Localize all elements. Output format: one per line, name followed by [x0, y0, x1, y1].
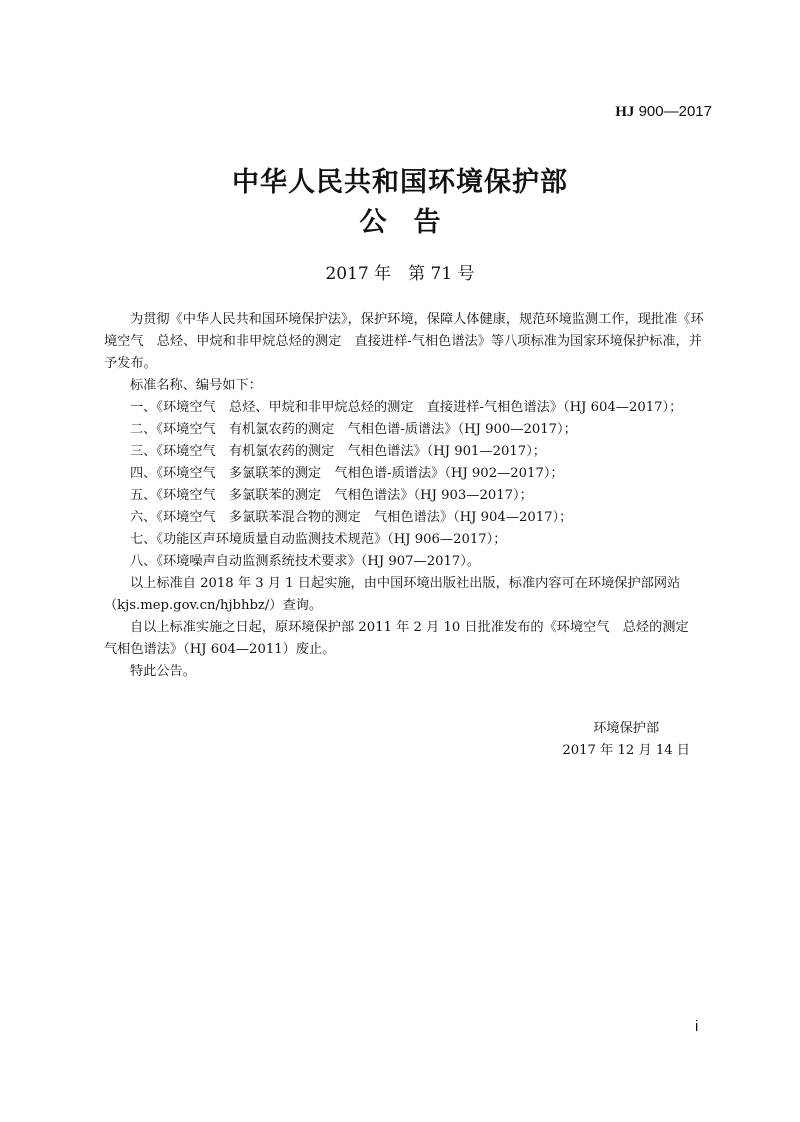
closing-paragraph: 特此公告。 — [104, 661, 704, 683]
signature-block: 环境保护部 2017 年 12 月 14 日 — [562, 718, 690, 762]
standard-item: 七、《功能区声环境质量自动监测技术规范》（HJ 906—2017）； — [104, 529, 704, 551]
document-title: 中华人民共和国环境保护部 — [0, 160, 800, 199]
standard-item: 三、《环境空气 有机氯农药的测定 气相色谱法》（HJ 901—2017）； — [104, 441, 704, 463]
standard-item: 六、《环境空气 多氯联苯混合物的测定 气相色谱法》（HJ 904—2017）； — [104, 507, 704, 529]
standard-item: 一、《环境空气 总烃、甲烷和非甲烷总烃的测定 直接进样-气相色谱法》（HJ 60… — [104, 397, 704, 419]
standard-item: 五、《环境空气 多氯联苯的测定 气相色谱法》（HJ 903—2017）； — [104, 485, 704, 507]
announcement-body: 为贯彻《中华人民共和国环境保护法》，保护环境，保障人体健康，规范环境监测工作，现… — [104, 309, 704, 683]
list-heading: 标准名称、编号如下： — [104, 375, 704, 397]
signature-date: 2017 年 12 月 14 日 — [562, 740, 690, 762]
intro-paragraph: 为贯彻《中华人民共和国环境保护法》，保护环境，保障人体健康，规范环境监测工作，现… — [104, 309, 704, 375]
standard-item: 八、《环境噪声自动监测系统技术要求》（HJ 907—2017）。 — [104, 551, 704, 573]
document-subtitle: 公 告 — [0, 200, 800, 239]
signature-org: 环境保护部 — [562, 718, 690, 740]
standard-code: 900—2017 — [639, 103, 712, 120]
standard-prefix: HJ — [615, 104, 634, 120]
standard-item: 二、《环境空气 有机氯农药的测定 气相色谱-质谱法》（HJ 900—2017）； — [104, 419, 704, 441]
page-number: i — [695, 1018, 698, 1035]
repeal-paragraph: 自以上标准实施之日起，原环境保护部 2011 年 2 月 10 日批准发布的《环… — [104, 617, 704, 661]
standard-item: 四、《环境空气 多氯联苯的测定 气相色谱-质谱法》（HJ 902—2017）； — [104, 463, 704, 485]
issue-number: 2017 年 第 71 号 — [0, 259, 800, 284]
standard-number: HJ 900—2017 — [615, 103, 712, 121]
implementation-paragraph: 以上标准自 2018 年 3 月 1 日起实施，由中国环境出版社出版，标准内容可… — [104, 573, 704, 617]
